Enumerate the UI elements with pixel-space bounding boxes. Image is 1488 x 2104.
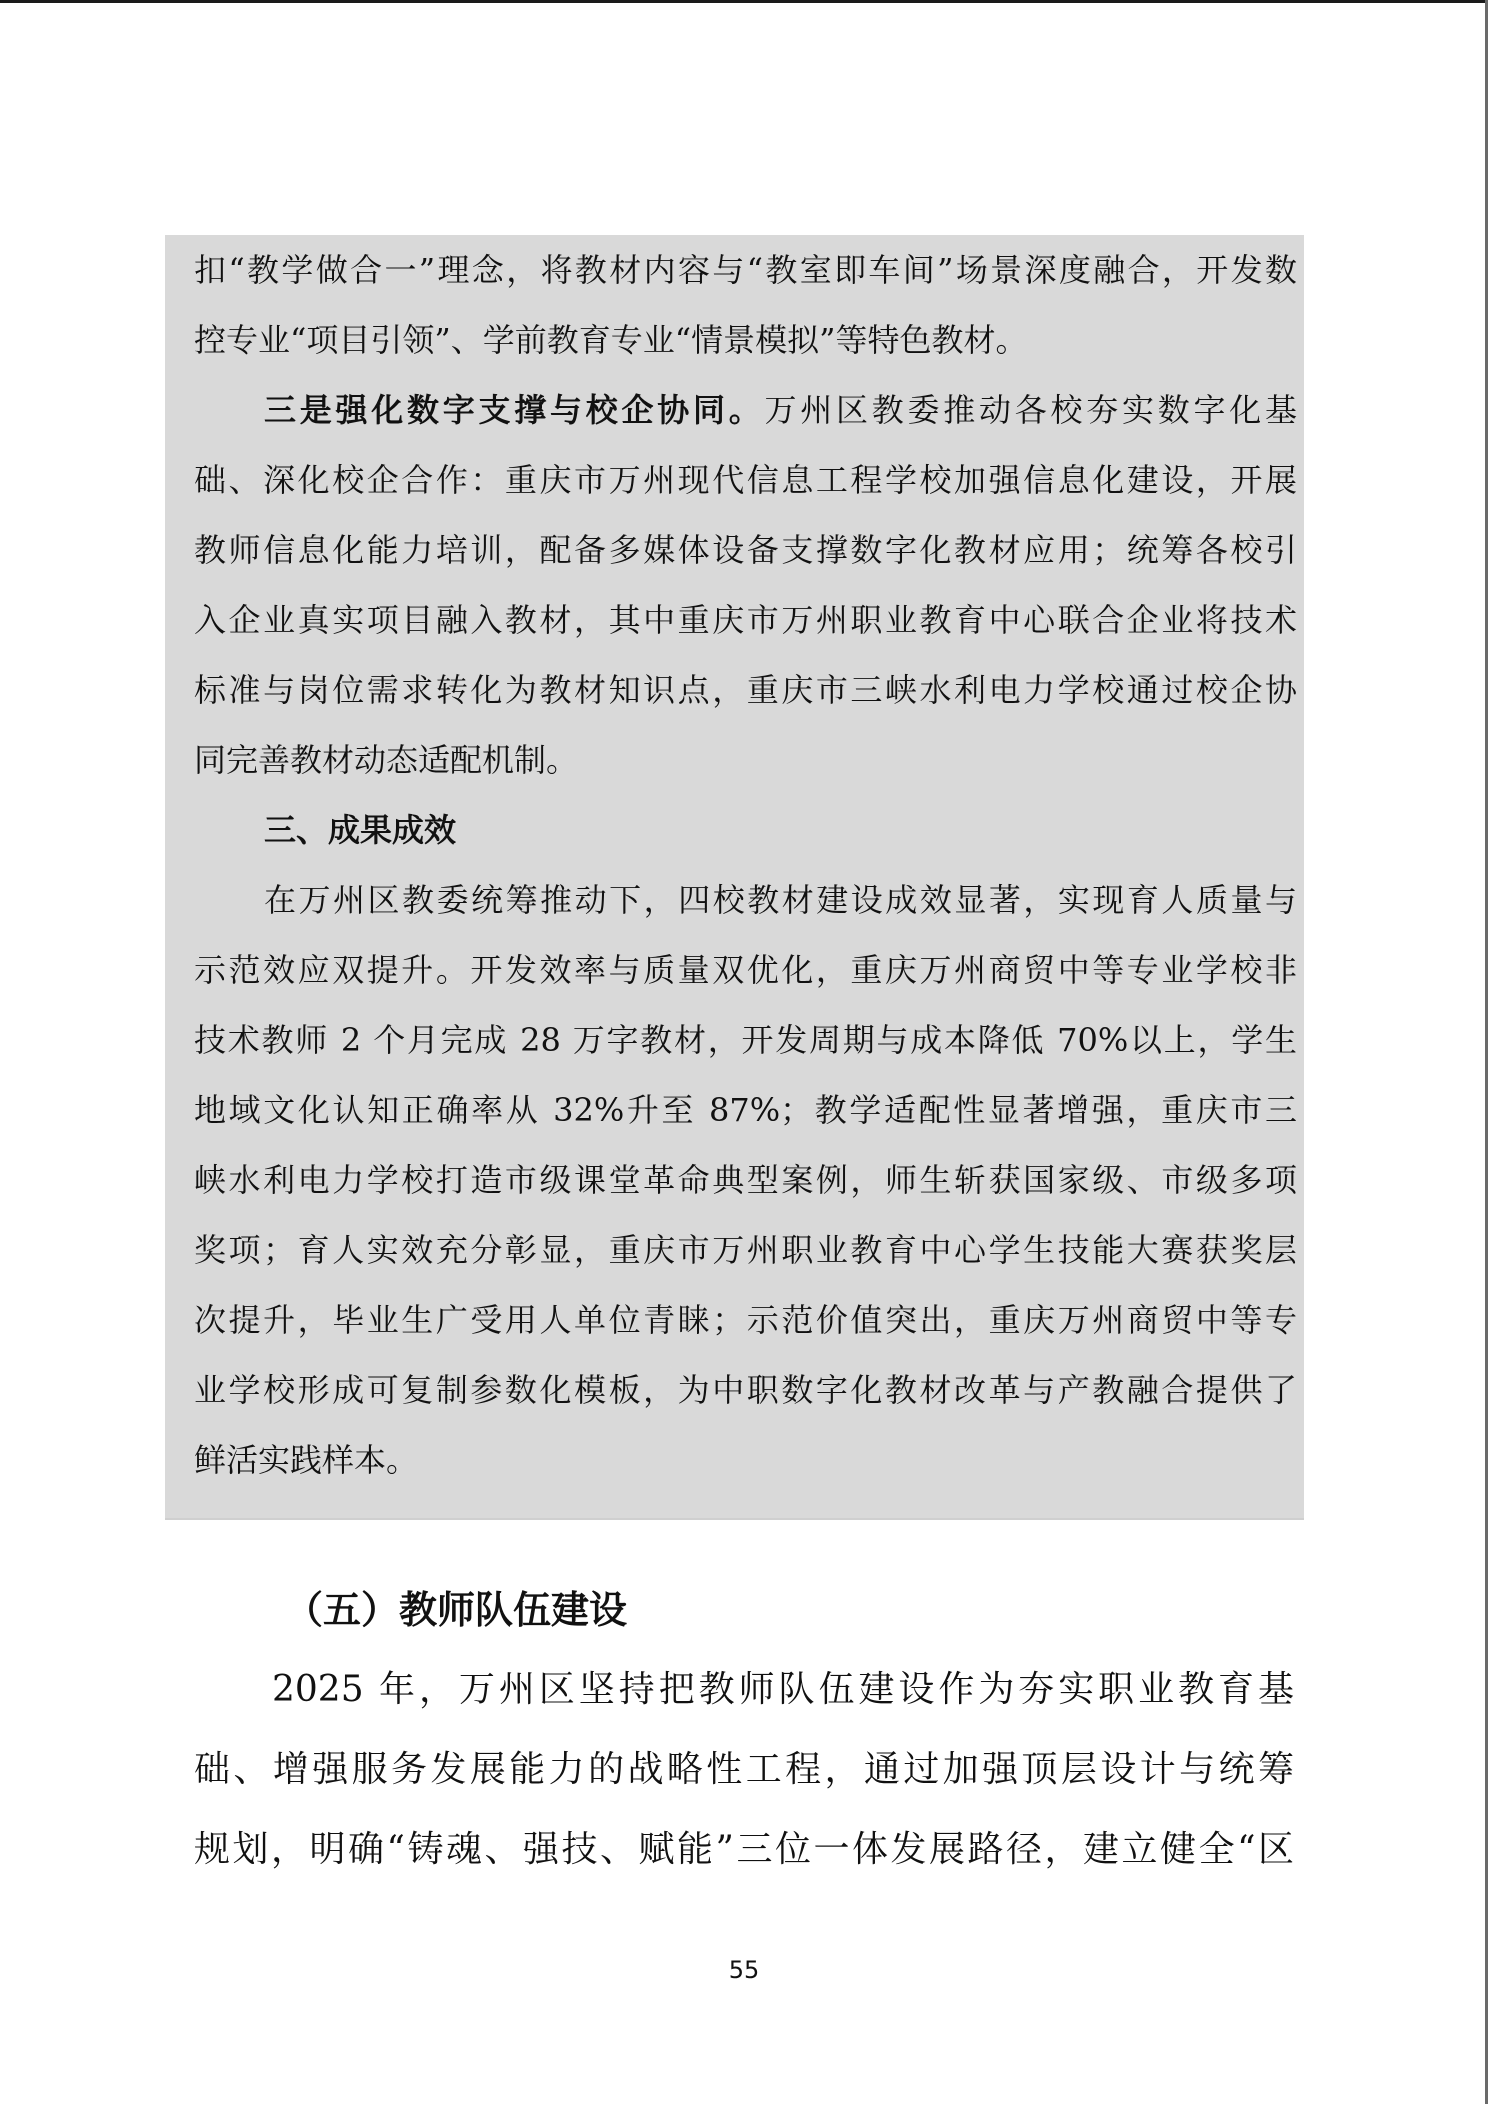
- paragraph-line: 教师信息化能力培训，配备多媒体设备支撑数字化教材应用；统筹各校引: [194, 515, 1297, 585]
- paragraph-line: 规划，明确“铸魂、强技、赋能”三位一体发展路径，建立健全“区: [194, 1810, 1294, 1890]
- paragraph-line: 在万州区教委统筹推动下，四校教材建设成效显著，实现育人质量与: [194, 865, 1297, 935]
- page-top-border: [0, 0, 1488, 3]
- paragraph-line: 同完善教材动态适配机制。: [194, 725, 1297, 795]
- section-body: 2025 年，万州区坚持把教师队伍建设作为夯实职业教育基 础、增强服务发展能力的…: [194, 1650, 1294, 1890]
- paragraph-line: 鲜活实践样本。: [194, 1425, 1297, 1495]
- paragraph-line: 示范效应双提升。开发效率与质量双优化，重庆万州商贸中等专业学校非: [194, 935, 1297, 1005]
- paragraph-line: 峡水利电力学校打造市级课堂革命典型案例，师生斩获国家级、市级多项: [194, 1145, 1297, 1215]
- paragraph-line: 次提升，毕业生广受用人单位青睐；示范价值突出，重庆万州商贸中等专: [194, 1285, 1297, 1355]
- paragraph-line: 技术教师 2 个月完成 28 万字教材，开发周期与成本降低 70%以上，学生: [194, 1005, 1297, 1075]
- paragraph-line: 础、增强服务发展能力的战略性工程，通过加强顶层设计与统筹: [194, 1730, 1294, 1810]
- paragraph-line: 扣“教学做合一”理念，将教材内容与“教室即车间”场景深度融合，开发数: [194, 235, 1297, 305]
- paragraph-line: 业学校形成可复制参数化模板，为中职数字化教材改革与产教融合提供了: [194, 1355, 1297, 1425]
- paragraph-line: 奖项；育人实效充分彰显，重庆市万州职业教育中心学生技能大赛获奖层: [194, 1215, 1297, 1285]
- point3-first-line: 三是强化数字支撑与校企协同。万州区教委推动各校夯实数字化基: [194, 375, 1297, 445]
- point3-rest: 万州区教委推动各校夯实数字化基: [765, 391, 1298, 429]
- paragraph-line: 标准与岗位需求转化为教材知识点，重庆市三峡水利电力学校通过校企协: [194, 655, 1297, 725]
- section-heading: （五）教师队伍建设: [285, 1583, 627, 1637]
- results-heading: 三、成果成效: [194, 795, 1297, 865]
- paragraph-line: 入企业真实项目融入教材，其中重庆市万州职业教育中心联合企业将技术: [194, 585, 1297, 655]
- paragraph-line: 2025 年，万州区坚持把教师队伍建设作为夯实职业教育基: [194, 1650, 1294, 1730]
- paragraph-line: 础、深化校企合作：重庆市万州现代信息工程学校加强信息化建设，开展: [194, 445, 1297, 515]
- paragraph-line: 控专业“项目引领”、学前教育专业“情景模拟”等特色教材。: [194, 305, 1297, 375]
- paragraph-line: 地域文化认知正确率从 32%升至 87%；教学适配性显著增强，重庆市三: [194, 1075, 1297, 1145]
- case-study-text: 扣“教学做合一”理念，将教材内容与“教室即车间”场景深度融合，开发数 控专业“项…: [194, 235, 1297, 1495]
- point3-lead: 三是强化数字支撑与校企协同。: [264, 391, 765, 429]
- page-number: 55: [0, 1952, 1488, 1988]
